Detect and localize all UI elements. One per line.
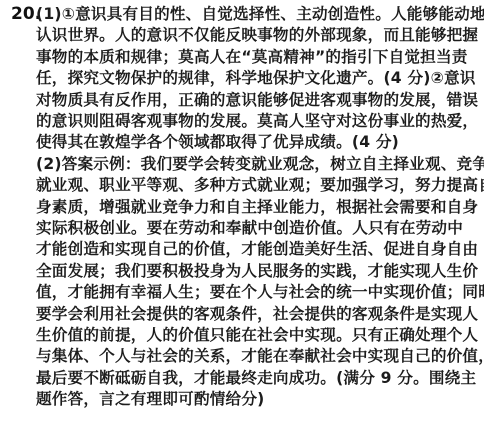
answer-line: 实际积极创业。要在劳动和奉献中创造价值。人只有在劳动中 (36, 218, 463, 239)
answer-line: 才能创造和实现自己的价值，才能创造美好生活、促进自身自由 (36, 239, 463, 260)
answer-line: 认识世界。人的意识不仅能反映事物的外部现象，而且能够把握 (36, 25, 463, 46)
answer-line: (1)①意识具有目的性、自觉选择性、主动创造性。人能够能动地 (36, 4, 463, 25)
answer-line: 就业观、职业平等观、多种方式就业观；要加强学习，努力提高自 (36, 175, 463, 196)
answer-line: 身素质，增强就业竞争力和自主择业能力，根据社会需要和自身 (36, 197, 463, 218)
answer-line: 对物质具有反作用，正确的意识能够促进客观事物的发展，错误 (36, 90, 463, 111)
answer-line: 值，才能拥有幸福人生；要在个人与社会的统一中实现价值；同时 (36, 282, 463, 303)
answer-document: 20. (1)①意识具有目的性、自觉选择性、主动创造性。人能够能动地认识世界。人… (0, 0, 484, 432)
answer-line: 事物的本质和规律；莫高人在“莫高精神”的指引下自觉担当责 (36, 47, 463, 68)
answer-line: 全面发展；我们要积极投身为人民服务的实践，才能实现人生价 (36, 261, 463, 282)
answer-line: 与集体、个人与社会的关系，才能在奉献社会中实现自己的价值， (36, 346, 463, 367)
answer-line: 使得其在敦煌学各个领域都取得了优异成绩。(4 分) (36, 132, 463, 153)
answer-line: 题作答，言之有理即可酌情给分) (36, 389, 463, 410)
answer-line: 最后要不断砥砺自我，才能最终走向成功。(满分 9 分。围绕主 (36, 368, 463, 389)
answer-line: 生价值的前提，人的价值只能在社会中实现。只有正确处理个人 (36, 325, 463, 346)
answer-line: (2)答案示例：我们要学会转变就业观念，树立自主择业观、竞争 (36, 154, 463, 175)
answer-line: 任，探究文物保护的规律，科学地保护文化遗产。(4 分)②意识 (36, 68, 463, 89)
answer-line: 的意识则阻碍客观事物的发展。莫高人坚守对这份事业的热爱， (36, 111, 463, 132)
answer-line: 要学会利用社会提供的客观条件，社会提供的客观条件是实现人 (36, 304, 463, 325)
